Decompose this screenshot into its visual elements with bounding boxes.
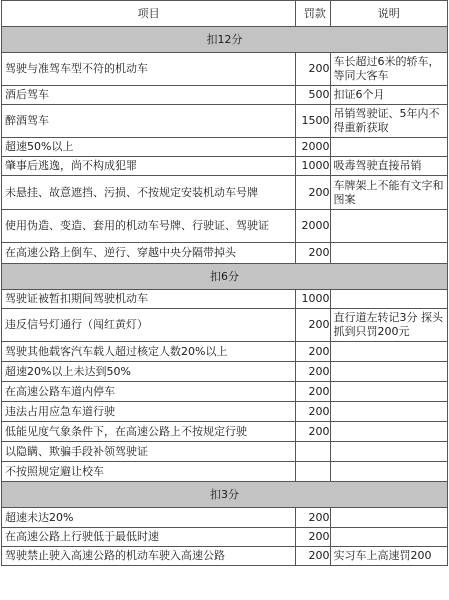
table-row: 超速未达20%200 <box>2 508 448 528</box>
violation-item-cell: 在高速公路上行驶低于最低时速 <box>2 528 296 547</box>
note-cell: 实习车上高速罚200 <box>331 547 448 566</box>
table-row: 超速50%以上2000 <box>2 138 448 157</box>
note-cell <box>331 362 448 382</box>
violation-item-cell: 驾驶证被暂扣期间驾驶机动车 <box>2 290 296 309</box>
table-row: 醉酒驾车1500吊销驾驶证、5年内不得重新获取 <box>2 105 448 138</box>
section-header-row: 扣3分 <box>2 482 448 508</box>
note-cell <box>331 138 448 157</box>
table-row: 在高速公路车道内停车200 <box>2 382 448 402</box>
table-row: 低能见度气象条件下，在高速公路上不按规定行驶200 <box>2 422 448 442</box>
table-row: 在高速公路上行驶低于最低时速200 <box>2 528 448 547</box>
violation-item-cell: 驾驶禁止驶入高速公路的机动车驶入高速公路 <box>2 547 296 566</box>
column-header-fine: 罚款 <box>296 1 331 27</box>
note-cell: 车长超过6米的轿车，等同大客车 <box>331 53 448 86</box>
table-row: 违反信号灯通行（闯红黄灯）200直行道左转记3分 探头抓到只罚200元 <box>2 309 448 342</box>
table-row: 未悬挂、故意遮挡、污损、不按规定安装机动车号牌200车牌架上不能有文字和图案 <box>2 176 448 210</box>
violation-item-cell: 违反信号灯通行（闯红黄灯） <box>2 309 296 342</box>
violation-item-cell: 超速20%以上未达到50% <box>2 362 296 382</box>
fine-amount-cell: 200 <box>296 547 331 566</box>
table-row: 驾驶其他载客汽车载人超过核定人数20%以上200 <box>2 342 448 362</box>
note-cell <box>331 243 448 264</box>
table-row: 不按照规定避让校车 <box>2 462 448 482</box>
fine-amount-cell: 200 <box>296 528 331 547</box>
section-header-row: 扣6分 <box>2 264 448 290</box>
fine-amount-cell: 1000 <box>296 290 331 309</box>
table-header-row: 项目 罚款 说明 <box>2 1 448 27</box>
table-row: 以隐瞒、欺骗手段补领驾驶证 <box>2 442 448 462</box>
fine-amount-cell: 200 <box>296 176 331 210</box>
violation-item-cell: 在高速公路上倒车、逆行、穿越中央分隔带掉头 <box>2 243 296 264</box>
fine-amount-cell <box>296 462 331 482</box>
fine-amount-cell: 200 <box>296 309 331 342</box>
violation-item-cell: 醉酒驾车 <box>2 105 296 138</box>
violation-item-cell: 酒后驾车 <box>2 86 296 105</box>
note-cell: 直行道左转记3分 探头抓到只罚200元 <box>331 309 448 342</box>
note-cell <box>331 508 448 528</box>
table-row: 使用伪造、变造、套用的机动车号牌、行驶证、驾驶证2000 <box>2 210 448 243</box>
violation-item-cell: 在高速公路车道内停车 <box>2 382 296 402</box>
column-header-note: 说明 <box>331 1 448 27</box>
violation-item-cell: 肇事后逃逸，尚不构成犯罪 <box>2 157 296 176</box>
note-cell <box>331 422 448 442</box>
violation-item-cell: 驾驶与准驾车型不符的机动车 <box>2 53 296 86</box>
violation-item-cell: 超速50%以上 <box>2 138 296 157</box>
fine-amount-cell: 200 <box>296 382 331 402</box>
section-header-row: 扣12分 <box>2 27 448 53</box>
violation-item-cell: 驾驶其他载客汽车载人超过核定人数20%以上 <box>2 342 296 362</box>
note-cell <box>331 342 448 362</box>
violation-item-cell: 低能见度气象条件下，在高速公路上不按规定行驶 <box>2 422 296 442</box>
fine-amount-cell: 200 <box>296 362 331 382</box>
note-cell: 扣证6个月 <box>331 86 448 105</box>
section-title: 扣6分 <box>2 264 448 290</box>
note-cell <box>331 442 448 462</box>
violation-item-cell: 不按照规定避让校车 <box>2 462 296 482</box>
violation-item-cell: 未悬挂、故意遮挡、污损、不按规定安装机动车号牌 <box>2 176 296 210</box>
note-cell <box>331 382 448 402</box>
fine-amount-cell <box>296 442 331 462</box>
fine-amount-cell: 200 <box>296 508 331 528</box>
fine-amount-cell: 2000 <box>296 138 331 157</box>
table-row: 肇事后逃逸，尚不构成犯罪1000吸毒驾驶直接吊销 <box>2 157 448 176</box>
section-title: 扣12分 <box>2 27 448 53</box>
fine-amount-cell: 200 <box>296 243 331 264</box>
violation-item-cell: 以隐瞒、欺骗手段补领驾驶证 <box>2 442 296 462</box>
note-cell <box>331 402 448 422</box>
fine-amount-cell: 200 <box>296 402 331 422</box>
fine-amount-cell: 2000 <box>296 210 331 243</box>
fine-amount-cell: 200 <box>296 53 331 86</box>
table-row: 违法占用应急车道行驶200 <box>2 402 448 422</box>
table-row: 驾驶与准驾车型不符的机动车200车长超过6米的轿车，等同大客车 <box>2 53 448 86</box>
violation-item-cell: 超速未达20% <box>2 508 296 528</box>
note-cell <box>331 528 448 547</box>
fine-amount-cell: 200 <box>296 422 331 442</box>
fine-amount-cell: 1000 <box>296 157 331 176</box>
section-title: 扣3分 <box>2 482 448 508</box>
table-row: 驾驶证被暂扣期间驾驶机动车1000 <box>2 290 448 309</box>
note-cell: 吸毒驾驶直接吊销 <box>331 157 448 176</box>
table-row: 酒后驾车500扣证6个月 <box>2 86 448 105</box>
note-cell: 吊销驾驶证、5年内不得重新获取 <box>331 105 448 138</box>
table-row: 在高速公路上倒车、逆行、穿越中央分隔带掉头200 <box>2 243 448 264</box>
table-row: 超速20%以上未达到50%200 <box>2 362 448 382</box>
fine-amount-cell: 200 <box>296 342 331 362</box>
note-cell <box>331 290 448 309</box>
note-cell: 车牌架上不能有文字和图案 <box>331 176 448 210</box>
table-row: 驾驶禁止驶入高速公路的机动车驶入高速公路200实习车上高速罚200 <box>2 547 448 566</box>
fine-amount-cell: 1500 <box>296 105 331 138</box>
column-header-item: 项目 <box>2 1 296 27</box>
traffic-penalty-table: 项目 罚款 说明 扣12分驾驶与准驾车型不符的机动车200车长超过6米的轿车，等… <box>1 0 448 566</box>
note-cell <box>331 462 448 482</box>
violation-item-cell: 违法占用应急车道行驶 <box>2 402 296 422</box>
fine-amount-cell: 500 <box>296 86 331 105</box>
violation-item-cell: 使用伪造、变造、套用的机动车号牌、行驶证、驾驶证 <box>2 210 296 243</box>
note-cell <box>331 210 448 243</box>
